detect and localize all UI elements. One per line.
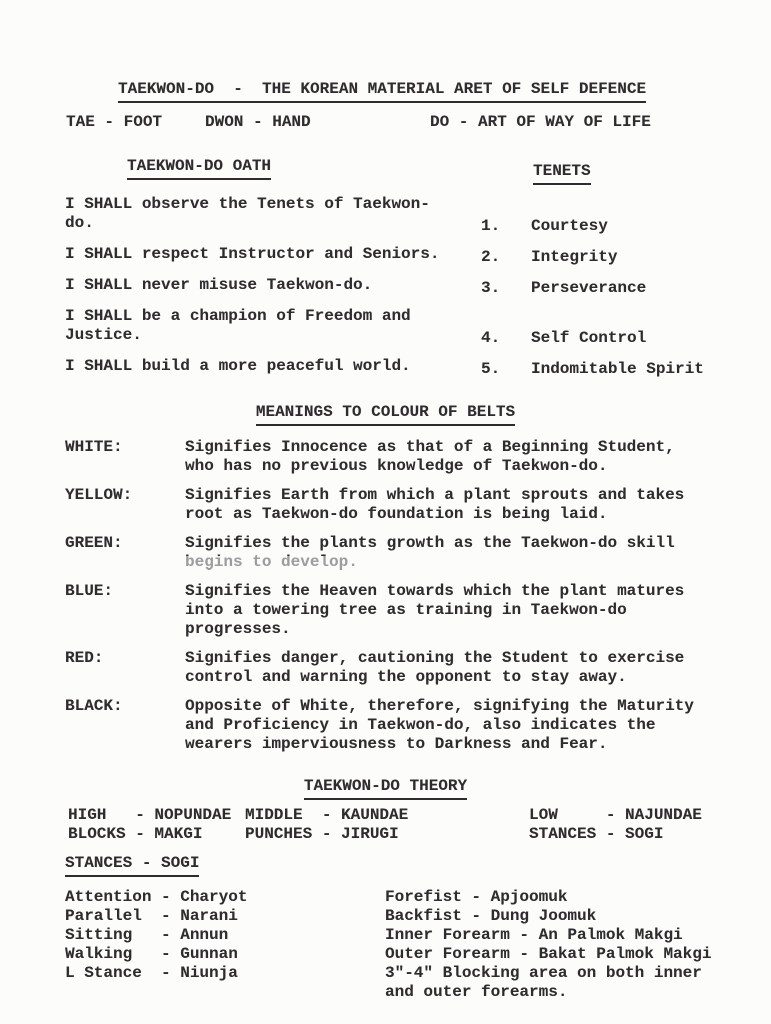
oath-item: I SHALL be a champion of Freedom and Jus… <box>65 307 447 345</box>
theory-line: STANCES - SOGI <box>529 825 702 844</box>
belts-heading-block: MEANINGS TO COLOUR OF BELTS <box>0 403 771 426</box>
tenet-label: Integrity <box>531 248 617 267</box>
belt-row: BLACK: Opposite of White, therefore, sig… <box>65 697 701 754</box>
stances-heading: STANCES - SOGI <box>65 854 199 877</box>
belts-heading: MEANINGS TO COLOUR OF BELTS <box>256 403 515 426</box>
stances-heading-block: STANCES - SOGI <box>65 854 199 877</box>
theory-line: MIDDLE - KAUNDAE <box>245 806 408 825</box>
theory-heading-block: TAEKWON-DO THEORY <box>0 777 771 800</box>
theory-line: LOW - NAJUNDAE <box>529 806 702 825</box>
theory-line: BLOCKS - MAKGI <box>68 825 231 844</box>
stances-left-list: Attention - Charyot Parallel - Narani Si… <box>65 888 247 983</box>
belt-color-label: GREEN: <box>65 534 185 572</box>
oath-tenet-row: I SHALL observe the Tenets of Taekwon-do… <box>65 195 704 233</box>
definition-do: DO - ART OF WAY OF LIFE <box>430 113 651 132</box>
theory-column: HIGH - NOPUNDAE BLOCKS - MAKGI <box>68 806 231 844</box>
tenet-label: Indomitable Spirit <box>531 360 704 379</box>
theory-heading: TAEKWON-DO THEORY <box>304 777 467 800</box>
tenet-item: 3. Perseverance <box>481 279 646 298</box>
belt-color-label: BLUE: <box>65 582 185 639</box>
tenet-number: 3. <box>481 279 531 298</box>
document-title: TAEKWON-DO - THE KOREAN MATERIAL ARET OF… <box>118 80 646 103</box>
oath-tenet-row: I SHALL be a champion of Freedom and Jus… <box>65 307 704 345</box>
oath-tenets-section: I SHALL observe the Tenets of Taekwon-do… <box>65 195 704 388</box>
oath-tenet-row: I SHALL never misuse Taekwon-do. 3. Pers… <box>65 276 704 295</box>
oath-tenet-row: I SHALL respect Instructor and Seniors. … <box>65 245 704 264</box>
title-block: TAEKWON-DO - THE KOREAN MATERIAL ARET OF… <box>118 80 646 103</box>
belt-color-label: WHITE: <box>65 438 185 476</box>
tenet-item: 1. Courtesy <box>481 217 608 236</box>
belt-color-label: RED: <box>65 649 185 687</box>
oath-item: I SHALL never misuse Taekwon-do. <box>65 276 447 295</box>
stance-list-item: L Stance - Niunja <box>65 964 247 983</box>
oath-item: I SHALL observe the Tenets of Taekwon-do… <box>65 195 447 233</box>
belt-color-label: BLACK: <box>65 697 185 754</box>
belt-row: WHITE: Signifies Innocence as that of a … <box>65 438 701 476</box>
stance-list-item: Walking - Gunnan <box>65 945 247 964</box>
stances-right-list: Forefist - Apjoomuk Backfist - Dung Joom… <box>385 888 711 1002</box>
belt-meaning: Signifies danger, cautioning the Student… <box>185 649 701 687</box>
belt-row: RED: Signifies danger, cautioning the St… <box>65 649 701 687</box>
document-page: TAEKWON-DO - THE KOREAN MATERIAL ARET OF… <box>0 0 771 1024</box>
tenets-heading-block: TENETS <box>533 162 591 185</box>
belts-section: WHITE: Signifies Innocence as that of a … <box>65 438 701 764</box>
technique-list-item: and outer forearms. <box>385 983 711 1002</box>
tenet-label: Self Control <box>531 329 646 348</box>
belt-row: BLUE: Signifies the Heaven towards which… <box>65 582 701 639</box>
technique-list-item: Inner Forearm - An Palmok Makgi <box>385 926 711 945</box>
oath-heading-block: TAEKWON-DO OATH <box>127 157 271 180</box>
stance-list-item: Sitting - Annun <box>65 926 247 945</box>
oath-tenet-row: I SHALL build a more peaceful world. 5. … <box>65 357 704 376</box>
tenet-label: Courtesy <box>531 217 608 236</box>
theory-column: LOW - NAJUNDAE STANCES - SOGI <box>529 806 702 844</box>
oath-heading: TAEKWON-DO OATH <box>127 157 271 180</box>
belt-color-label: YELLOW: <box>65 486 185 524</box>
stance-list-item: Parallel - Narani <box>65 907 247 926</box>
definition-dwon: DWON - HAND <box>205 113 311 132</box>
tenet-number: 1. <box>481 217 531 236</box>
technique-list-item: Outer Forearm - Bakat Palmok Makgi <box>385 945 711 964</box>
belt-row: GREEN: Signifies the plants growth as th… <box>65 534 701 572</box>
tenet-number: 5. <box>481 360 531 379</box>
belt-meaning: Opposite of White, therefore, signifying… <box>185 697 701 754</box>
belt-meaning: Signifies Innocence as that of a Beginni… <box>185 438 701 476</box>
tenet-number: 4. <box>481 329 531 348</box>
belt-meaning: Signifies Earth from which a plant sprou… <box>185 486 701 524</box>
definition-tae: TAE - FOOT <box>66 113 162 132</box>
tenets-heading: TENETS <box>533 162 591 185</box>
tenet-item: 4. Self Control <box>481 329 646 348</box>
tenet-item: 2. Integrity <box>481 248 617 267</box>
tenet-number: 2. <box>481 248 531 267</box>
tenet-label: Perseverance <box>531 279 646 298</box>
stance-list-item: Attention - Charyot <box>65 888 247 907</box>
belt-meaning: Signifies the plants growth as the Taekw… <box>185 534 701 572</box>
oath-item: I SHALL build a more peaceful world. <box>65 357 447 376</box>
oath-item: I SHALL respect Instructor and Seniors. <box>65 245 447 264</box>
technique-list-item: 3"-4" Blocking area on both inner <box>385 964 711 983</box>
technique-list-item: Forefist - Apjoomuk <box>385 888 711 907</box>
tenet-item: 5. Indomitable Spirit <box>481 360 704 379</box>
theory-column: MIDDLE - KAUNDAE PUNCHES - JIRUGI <box>245 806 408 844</box>
belt-row: YELLOW: Signifies Earth from which a pla… <box>65 486 701 524</box>
theory-line: PUNCHES - JIRUGI <box>245 825 408 844</box>
technique-list-item: Backfist - Dung Joomuk <box>385 907 711 926</box>
theory-line: HIGH - NOPUNDAE <box>68 806 231 825</box>
belt-meaning: Signifies the Heaven towards which the p… <box>185 582 701 639</box>
